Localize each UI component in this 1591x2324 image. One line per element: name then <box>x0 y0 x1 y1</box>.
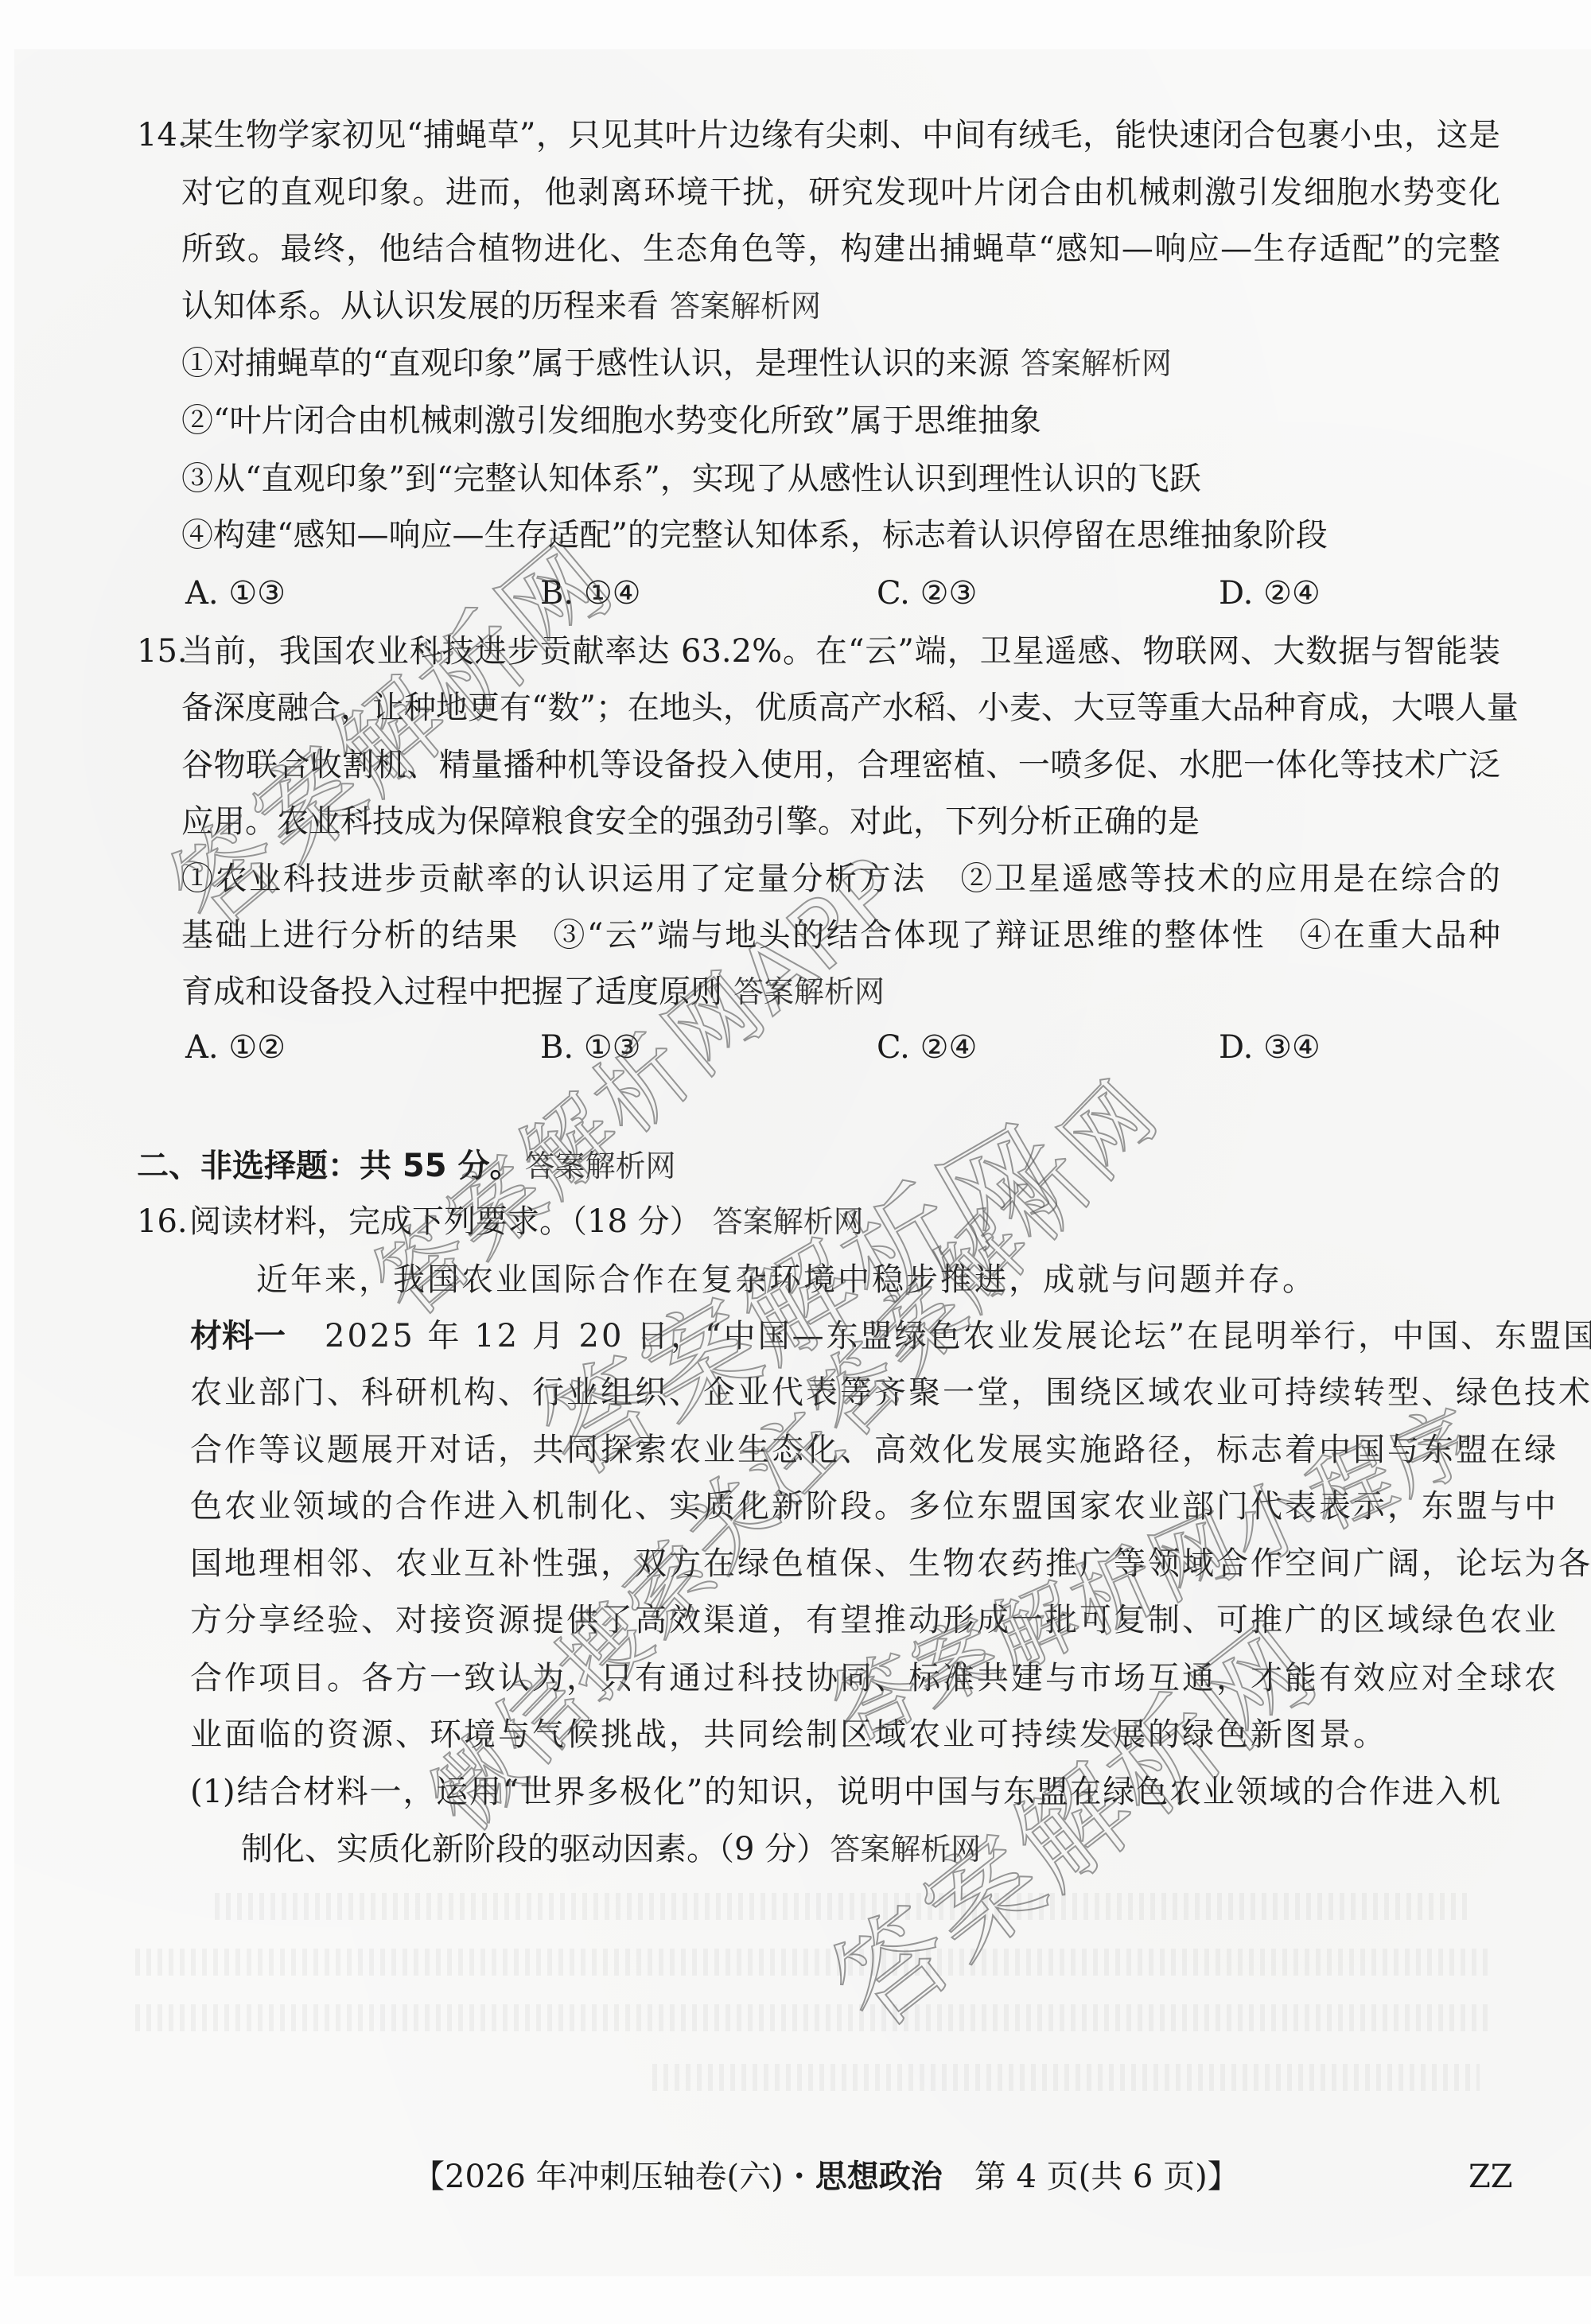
inline-watermark: 答案解析网 <box>733 974 885 1009</box>
q15-option-b[interactable]: B. ①③ <box>540 1024 641 1071</box>
q14-option-c[interactable]: C. ②③ <box>877 569 977 617</box>
q14-option-d[interactable]: D. ②④ <box>1219 569 1321 617</box>
q14-option-b[interactable]: B. ①④ <box>540 569 641 617</box>
inline-watermark: 答案解析网 <box>713 1204 864 1239</box>
footer-subject: 思想政治 <box>815 2159 943 2195</box>
inline-watermark: 答案解析网 <box>830 1832 981 1867</box>
q15-stem-line: 应用。农业科技成为保障粮食安全的强劲引擎。对此，下列分析正确的是 <box>181 798 1200 845</box>
statement-text: 育成和设备投入过程中把握了适度原则 <box>181 974 722 1010</box>
q14-statement-4: ④构建“感知—响应—生存适配”的完整认知体系，标志着认识停留在思维抽象阶段 <box>181 511 1328 559</box>
instruction-text: 阅读材料，完成下列要求。（18 分） <box>189 1203 702 1240</box>
footer-exam-title: 【2026 年冲刺压轴卷(六)・ <box>413 2159 815 2195</box>
q14-statement-3: ③从“直观印象”到“完整认知体系”，实现了从感性认识到理性认识的飞跃 <box>181 455 1201 503</box>
inline-watermark: 答案解析网 <box>525 1148 676 1183</box>
material-line: 合作等议题展开对话，共同探索农业生态化、高效化发展实施路径，标志着中国与东盟在绿 <box>190 1426 1500 1474</box>
footer-page-number: 第 4 页(共 6 页)】 <box>943 2159 1239 2195</box>
bleed-through <box>652 2064 1480 2091</box>
sub1-text: 制化、实质化新阶段的驱动因素。（9 分） <box>241 1831 828 1867</box>
q15-option-d[interactable]: D. ③④ <box>1219 1024 1321 1071</box>
q14-number: 14. <box>137 111 188 159</box>
q14-stem-line: 所致。最终，他结合植物进化、生态角色等，构建出捕蝇草“感知—响应—生存适配”的完… <box>181 225 1500 273</box>
q16-intro: 近年来，我国农业国际合作在复杂环境中稳步推进，成就与问题并存。 <box>256 1256 1317 1304</box>
page-footer: 【2026 年冲刺压轴卷(六)・思想政治 第 4 页(共 6 页)】 <box>413 2153 1239 2201</box>
material-line: 国地理相邻、农业互补性强，双方在绿色植保、生物农药推广等领域合作空间广阔，论坛为… <box>190 1540 1500 1588</box>
inline-watermark: 答案解析网 <box>1021 346 1172 381</box>
q15-stem-line: 谷物联合收割机、精量播种机等设备投入使用，合理密植、一喷多促、水肥一体化等技术广… <box>181 741 1500 789</box>
statement-text: ①对捕蝇草的“直观印象”属于感性认识，是理性认识的来源 <box>181 345 1009 382</box>
bleed-through <box>135 1949 1488 1976</box>
material-line: 2025 年 12 月 20 日，“中国—东盟绿色农业发展论坛”在昆明举行，中国… <box>325 1312 1500 1360</box>
q14-statement-2: ②“叶片闭合由机械刺激引发细胞水势变化所致”属于思维抽象 <box>181 397 1041 445</box>
footer-code: ZZ <box>1468 2153 1513 2201</box>
q15-statement-line: ①农业科技进步贡献率的认识运用了定量分析方法 ②卫星遥感等技术的应用是在综合的 <box>181 855 1500 903</box>
q14-stem-line: 对它的直观印象。进而，他剥离环境干扰，研究发现叶片闭合由机械刺激引发细胞水势变化 <box>181 169 1500 216</box>
bleed-through <box>135 2004 1488 2031</box>
q14-stem-line: 某生物学家初见“捕蝇草”，只见其叶片边缘有尖刺、中间有绒毛，能快速闭合包裹小虫，… <box>181 111 1500 159</box>
q15-statement-line: 基础上进行分析的结果 ③“云”端与地头的结合体现了辩证思维的整体性 ④在重大品种 <box>181 911 1500 959</box>
q15-option-a[interactable]: A. ①② <box>185 1024 286 1071</box>
material-line: 业面临的资源、环境与气候挑战，共同绘制区域农业可持续发展的绿色新图景。 <box>190 1711 1387 1759</box>
q16-instruction: 阅读材料，完成下列要求。（18 分）答案解析网 <box>189 1198 864 1246</box>
inline-watermark: 答案解析网 <box>670 289 821 324</box>
material-line: 色农业领域的合作进入机制化、实质化新阶段。多位东盟国家农业部门代表表示，东盟与中 <box>190 1483 1500 1530</box>
q16-sub1-line: (1)结合材料一，运用“世界多极化”的知识，说明中国与东盟在绿色农业领域的合作进… <box>190 1768 1500 1816</box>
q14-statement-1: ①对捕蝇草的“直观印象”属于感性认识，是理性认识的来源答案解析网 <box>181 340 1172 387</box>
material-line: 方分享经验、对接资源提供了高效渠道，有望推动形成一批可复制、可推广的区域绿色农业 <box>190 1596 1500 1644</box>
material-label: 材料一 <box>190 1312 286 1360</box>
material-line: 合作项目。各方一致认为，只有通过科技协同、标准共建与市场互通，才能有效应对全球农 <box>190 1654 1500 1702</box>
section-heading: 二、非选择题：共 55 分。答案解析网 <box>137 1142 676 1190</box>
material-line: 农业部门、科研机构、行业组织、企业代表等齐聚一堂，围绕区域农业可持续转型、绿色技… <box>190 1369 1500 1417</box>
bleed-through <box>215 1893 1472 1920</box>
q15-statement-line: 育成和设备投入过程中把握了适度原则答案解析网 <box>181 968 885 1016</box>
q16-sub1-line: 制化、实质化新阶段的驱动因素。（9 分）答案解析网 <box>241 1825 981 1873</box>
q14-option-a[interactable]: A. ①③ <box>185 569 286 617</box>
q15-number: 15. <box>137 628 188 675</box>
section-title: 二、非选择题：共 55 分。 <box>137 1148 522 1184</box>
q15-stem-line: 备深度融合，让种地更有“数”；在地头，优质高产水稻、小麦、大豆等重大品种育成，大… <box>181 684 1500 732</box>
q14-stem-line: 认知体系。从认识发展的历程来看答案解析网 <box>181 282 821 330</box>
q15-stem-line: 当前，我国农业科技进步贡献率达 63.2%。在“云”端，卫星遥感、物联网、大数据… <box>181 628 1500 675</box>
q14-stem-text: 认知体系。从认识发展的历程来看 <box>181 288 659 325</box>
q15-option-c[interactable]: C. ②④ <box>877 1024 977 1071</box>
q16-number: 16. <box>137 1198 188 1246</box>
